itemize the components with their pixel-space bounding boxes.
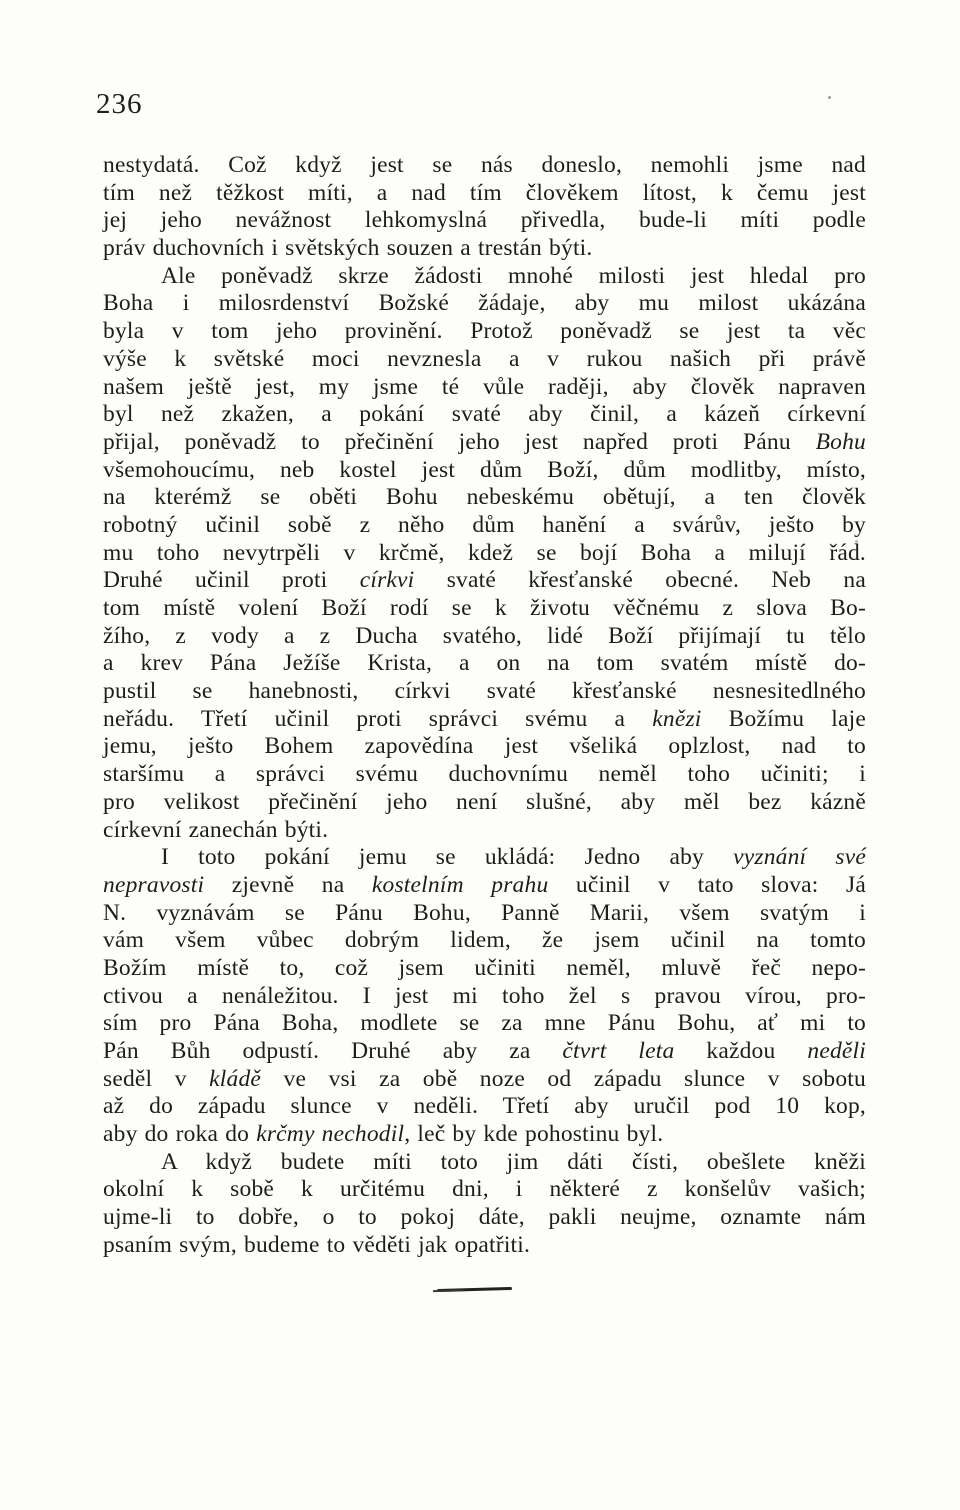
text-run: byl než zkažen, a pokání svaté aby činil… <box>103 401 866 427</box>
text-run: práv duchovních i světských souzen a tre… <box>103 235 593 261</box>
text-line: byla v tom jeho provinění. Protož poněva… <box>103 318 866 346</box>
text-run: svaté křesťanské obecné. Neb na <box>414 567 866 593</box>
text-run: pustil se hanebnosti, církvi svaté křesť… <box>103 678 866 704</box>
text-line: seděl v kládě ve vsi za obě noze od zápa… <box>103 1066 866 1094</box>
text-run: přijal, poněvadž to přečinění jeho jest … <box>103 429 816 455</box>
text-line: až do západu slunce v neděli. Třetí aby … <box>103 1093 866 1121</box>
text-line: jemu, ješto Bohem zapovědína jest všelik… <box>103 733 866 761</box>
text-run: jemu, ješto Bohem zapovědína jest všelik… <box>103 733 866 759</box>
italic-text-run: čtvrt leta <box>562 1038 674 1064</box>
text-run: pro velikost přečinění jeho není slušné,… <box>103 789 866 815</box>
text-run: seděl v <box>103 1066 209 1092</box>
italic-text-run: nepravosti <box>103 872 204 898</box>
text-line: Božím místě to, což jsem učiniti neměl, … <box>103 955 866 983</box>
text-line: A když budete míti toto jim dáti čísti, … <box>103 1149 866 1177</box>
text-line: Druhé učinil proti církvi svaté křesťans… <box>103 567 866 595</box>
text-line: na kterémž se oběti Bohu nebeskému obětu… <box>103 484 866 512</box>
text-run: psaním svým, budeme to věděti jak opatři… <box>103 1232 530 1258</box>
text-run: každou <box>674 1038 807 1064</box>
text-run: okolní k sobě k určitému dni, i některé … <box>103 1176 866 1202</box>
text-line: tím než těžkost míti, a nad tím člověkem… <box>103 180 866 208</box>
text-run: ujme-li to dobře, o to pokoj dáte, pakli… <box>103 1204 866 1230</box>
text-line: přijal, poněvadž to přečinění jeho jest … <box>103 429 866 457</box>
text-line: ctivou a nenáležitou. I jest mi toho žel… <box>103 983 866 1011</box>
text-line: našem ještě jest, my jsme té vůle raději… <box>103 374 866 402</box>
italic-text-run: krčmy nechodil <box>256 1121 404 1147</box>
text-run: ctivou a nenáležitou. I jest mi toho žel… <box>103 983 866 1009</box>
text-run: ve vsi za obě noze od západu slunce v so… <box>261 1066 866 1092</box>
text-run: neřádu. Třetí učinil proti správci svému… <box>103 706 652 732</box>
text-run: a krev Pána Ježíše Krista, a on na tom s… <box>103 650 866 676</box>
text-run: jej jeho nevážnost lehkomyslná přivedla,… <box>103 207 866 233</box>
scanned-book-page: { "page": { "number": "236" }, "document… <box>0 0 960 1510</box>
section-divider <box>437 1287 512 1292</box>
text-line: a krev Pána Ježíše Krista, a on na tom s… <box>103 650 866 678</box>
text-run: až do západu slunce v neděli. Třetí aby … <box>103 1093 866 1119</box>
text-line: církevní zanechán býti. <box>103 817 866 845</box>
text-run: učinil v tato slova: Já <box>548 872 866 898</box>
text-line: Ale poněvadž skrze žádosti mnohé milosti… <box>103 263 866 291</box>
text-run: N. vyznávám se Pánu Bohu, Panně Marii, v… <box>103 900 866 926</box>
text-run: sím pro Pána Boha, modlete se za mne Pán… <box>103 1010 866 1036</box>
text-run: zjevně na <box>204 872 372 898</box>
text-line: jej jeho nevážnost lehkomyslná přivedla,… <box>103 207 866 235</box>
text-run: výše k světské moci nevznesla a v rukou … <box>103 346 866 372</box>
scan-speck <box>828 96 831 99</box>
text-line: okolní k sobě k určitému dni, i některé … <box>103 1176 866 1204</box>
text-run: Druhé učinil proti <box>103 567 360 593</box>
text-run: Pán Bůh odpustí. Druhé aby za <box>103 1038 562 1064</box>
text-line: robotný učinil sobě z něho dům hanění a … <box>103 512 866 540</box>
text-run: tím než těžkost míti, a nad tím člověkem… <box>103 180 866 206</box>
text-run: tom místě volení Boží rodí se k životu v… <box>103 595 866 621</box>
text-line: práv duchovních i světských souzen a tre… <box>103 235 866 263</box>
text-run: Boha i milosrdenství Božské žádaje, aby … <box>103 290 866 316</box>
text-run: všemohoucímu, neb kostel jest dům Boží, … <box>103 457 866 483</box>
page-number: 236 <box>96 88 143 121</box>
text-run: byla v tom jeho provinění. Protož poněva… <box>103 318 866 344</box>
text-block: nestydatá. Což když jest se nás doneslo,… <box>103 152 866 1260</box>
text-line: byl než zkažen, a pokání svaté aby činil… <box>103 401 866 429</box>
text-line: Boha i milosrdenství Božské žádaje, aby … <box>103 290 866 318</box>
text-line: N. vyznávám se Pánu Bohu, Panně Marii, v… <box>103 900 866 928</box>
text-line: I toto pokání jemu se ukládá: Jedno aby … <box>103 844 866 872</box>
text-line: pustil se hanebnosti, církvi svaté křesť… <box>103 678 866 706</box>
text-line: ujme-li to dobře, o to pokoj dáte, pakli… <box>103 1204 866 1232</box>
text-line: sím pro Pána Boha, modlete se za mne Pán… <box>103 1010 866 1038</box>
text-run: aby do roka do <box>103 1121 256 1147</box>
italic-text-run: kostelním prahu <box>372 872 549 898</box>
text-run: našem ještě jest, my jsme té vůle raději… <box>103 374 866 400</box>
italic-text-run: kládě <box>209 1066 261 1092</box>
text-line: neřádu. Třetí učinil proti správci svému… <box>103 706 866 734</box>
text-run: I toto pokání jemu se ukládá: Jedno aby <box>161 844 733 870</box>
text-line: staršímu a správci svému duchovnímu nemě… <box>103 761 866 789</box>
text-run: staršímu a správci svému duchovnímu nemě… <box>103 761 866 787</box>
text-run: na kterémž se oběti Bohu nebeskému obětu… <box>103 484 866 510</box>
text-line: pro velikost přečinění jeho není slušné,… <box>103 789 866 817</box>
text-run: vám všem vůbec dobrým lidem, že jsem uči… <box>103 927 866 953</box>
italic-text-run: církvi <box>360 567 415 593</box>
text-run: Božímu laje <box>702 706 866 732</box>
text-run: mu toho nevytrpěli v krčmě, kdež se bojí… <box>103 540 866 566</box>
text-run: Božím místě to, což jsem učiniti neměl, … <box>103 955 866 981</box>
text-line: aby do roka do krčmy nechodil, leč by kd… <box>103 1121 866 1149</box>
italic-text-run: neděli <box>807 1038 866 1064</box>
text-line: tom místě volení Boží rodí se k životu v… <box>103 595 866 623</box>
italic-text-run: vyznání své <box>733 844 866 870</box>
italic-text-run: knězi <box>652 706 701 732</box>
text-line: vám všem vůbec dobrým lidem, že jsem uči… <box>103 927 866 955</box>
text-line: nepravosti zjevně na kostelním prahu uči… <box>103 872 866 900</box>
text-line: výše k světské moci nevznesla a v rukou … <box>103 346 866 374</box>
text-line: mu toho nevytrpěli v krčmě, kdež se bojí… <box>103 540 866 568</box>
text-run: robotný učinil sobě z něho dům hanění a … <box>103 512 866 538</box>
italic-text-run: Bohu <box>816 429 866 455</box>
text-line: Pán Bůh odpustí. Druhé aby za čtvrt leta… <box>103 1038 866 1066</box>
scan-speck <box>855 540 858 543</box>
text-line: žího, z vody a z Ducha svatého, lidé Bož… <box>103 623 866 651</box>
text-line: psaním svým, budeme to věděti jak opatři… <box>103 1232 866 1260</box>
text-line: všemohoucímu, neb kostel jest dům Boží, … <box>103 457 866 485</box>
text-run: církevní zanechán býti. <box>103 817 328 843</box>
text-run: , leč by kde pohostinu byl. <box>404 1121 663 1147</box>
text-run: A když budete míti toto jim dáti čísti, … <box>161 1149 866 1175</box>
text-run: nestydatá. Což když jest se nás doneslo,… <box>103 152 866 178</box>
text-run: žího, z vody a z Ducha svatého, lidé Bož… <box>103 623 866 649</box>
text-line: nestydatá. Což když jest se nás doneslo,… <box>103 152 866 180</box>
text-run: Ale poněvadž skrze žádosti mnohé milosti… <box>161 263 866 289</box>
